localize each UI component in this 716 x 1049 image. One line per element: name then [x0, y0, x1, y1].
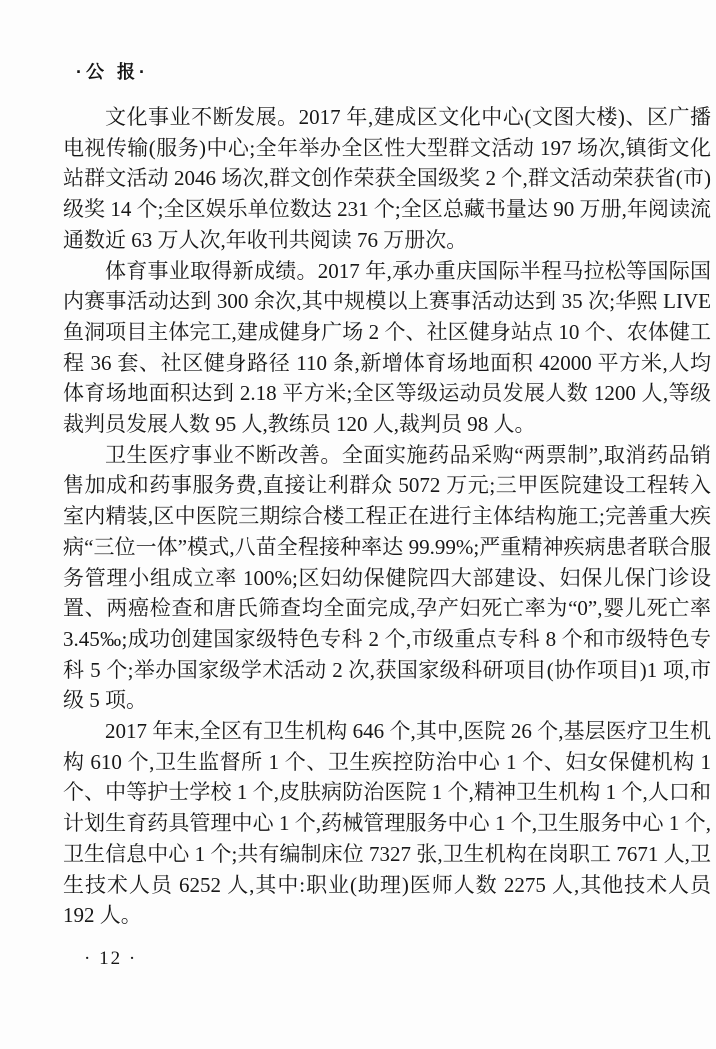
page-number: · 12 ·: [84, 948, 137, 970]
document-page: ·公 报· 文化事业不断发展。2017 年,建成区文化中心(文图大楼)、区广播电…: [0, 0, 716, 1049]
body-paragraph: 卫生医疗事业不断改善。全面实施药品采购“两票制”,取消药品销售加成和药事服务费,…: [63, 440, 711, 716]
page-header: ·公 报·: [76, 58, 149, 84]
body-paragraph: 体育事业取得新成绩。2017 年,承办重庆国际半程马拉松等国际国内赛事活动达到 …: [63, 256, 711, 440]
body-paragraph: 文化事业不断发展。2017 年,建成区文化中心(文图大楼)、区广播电视传输(服务…: [63, 102, 711, 256]
body-text-block: 文化事业不断发展。2017 年,建成区文化中心(文图大楼)、区广播电视传输(服务…: [63, 102, 711, 931]
body-paragraph: 2017 年末,全区有卫生机构 646 个,其中,医院 26 个,基层医疗卫生机…: [63, 716, 711, 931]
